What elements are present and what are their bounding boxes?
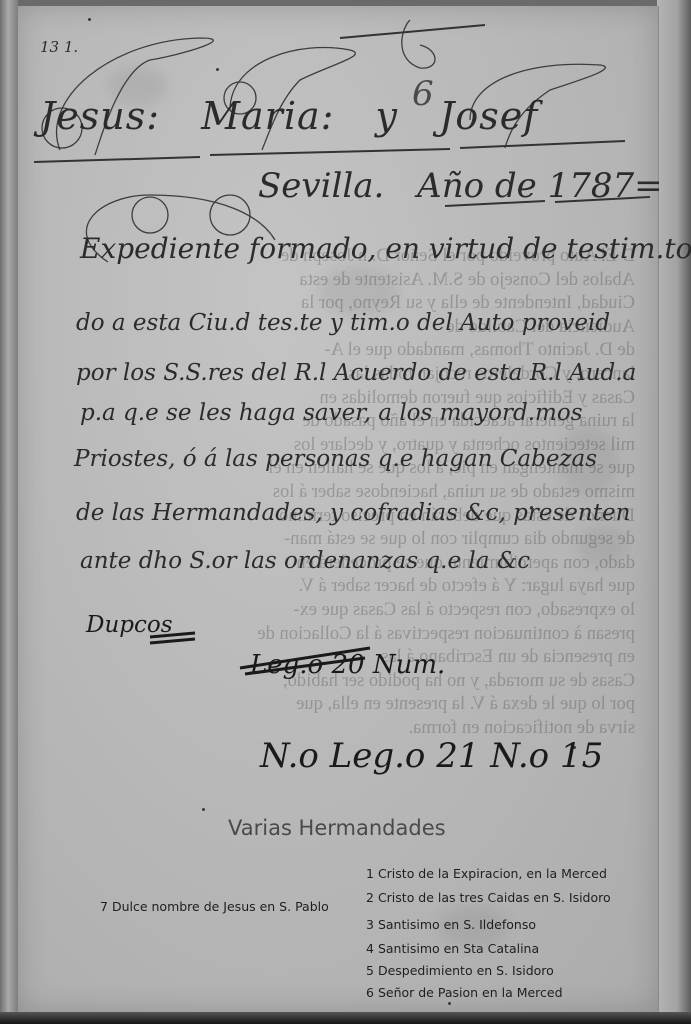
body-line-8: Dupcos	[86, 612, 173, 638]
scanned-page: D El Auto proveido por el Señor D. n Jos…	[0, 0, 691, 1024]
annotation-item: 1 Cristo de la Expiracion, en la Merced	[366, 866, 607, 881]
cover-right-edge	[657, 0, 691, 1024]
annotation-item: 3 Santisimo en S. Ildefonso	[366, 917, 536, 932]
body-line-3: por los S.S.res del R.l Acuerdo de esta …	[76, 360, 636, 386]
struck-signature: Leg.o 20 Num.	[250, 650, 445, 680]
cover-left-edge	[0, 0, 18, 1024]
body-line-1: Expediente formado, en virtud de testim.…	[80, 232, 691, 265]
annotation-item: 5 Despedimiento en S. Isidoro	[366, 963, 554, 978]
cover-bottom-edge	[0, 1012, 691, 1024]
year-label: Año de 1787=	[417, 166, 662, 206]
body-line-4: p.a q.e se les haga saver, a los mayord.…	[80, 400, 583, 426]
annotations-title: Varias Hermandades	[228, 816, 446, 840]
annotation-item: 6 Señor de Pasion en la Merced	[366, 985, 563, 1000]
annotation-item: 4 Santisimo en Sta Catalina	[366, 941, 539, 956]
invocation-josef: Josef	[439, 94, 538, 138]
invocation-maria: Maria:	[201, 94, 334, 138]
body-line-5: Priostes, ó á las personas q.e hagan Cab…	[74, 446, 597, 472]
invocation-y: y	[376, 94, 398, 138]
folio-number: 13 1.	[40, 38, 78, 56]
invocation-jesus: Jesus:	[40, 94, 160, 138]
body-line-6: de las Hermandades, y cofradias &c, pres…	[76, 500, 630, 526]
place-name: Sevilla.	[258, 166, 384, 206]
annotation-item: 7 Dulce nombre de Jesus en S. Pablo	[100, 899, 329, 914]
body-line-2: do a esta Ciu.d tes.te y tim.o del Auto …	[76, 310, 610, 336]
annotation-item: 2 Cristo de las tres Caidas en S. Isidor…	[366, 890, 611, 905]
body-line-7: ante dho S.or las ordenanzas q.e la &c	[80, 548, 530, 574]
legajo-mark: N.o Leg.o 21 N.o 15	[260, 736, 603, 776]
place-and-year: Sevilla. Año de 1787=	[258, 166, 663, 206]
invocation-heading: Jesus: Maria: y Josef	[40, 94, 566, 138]
